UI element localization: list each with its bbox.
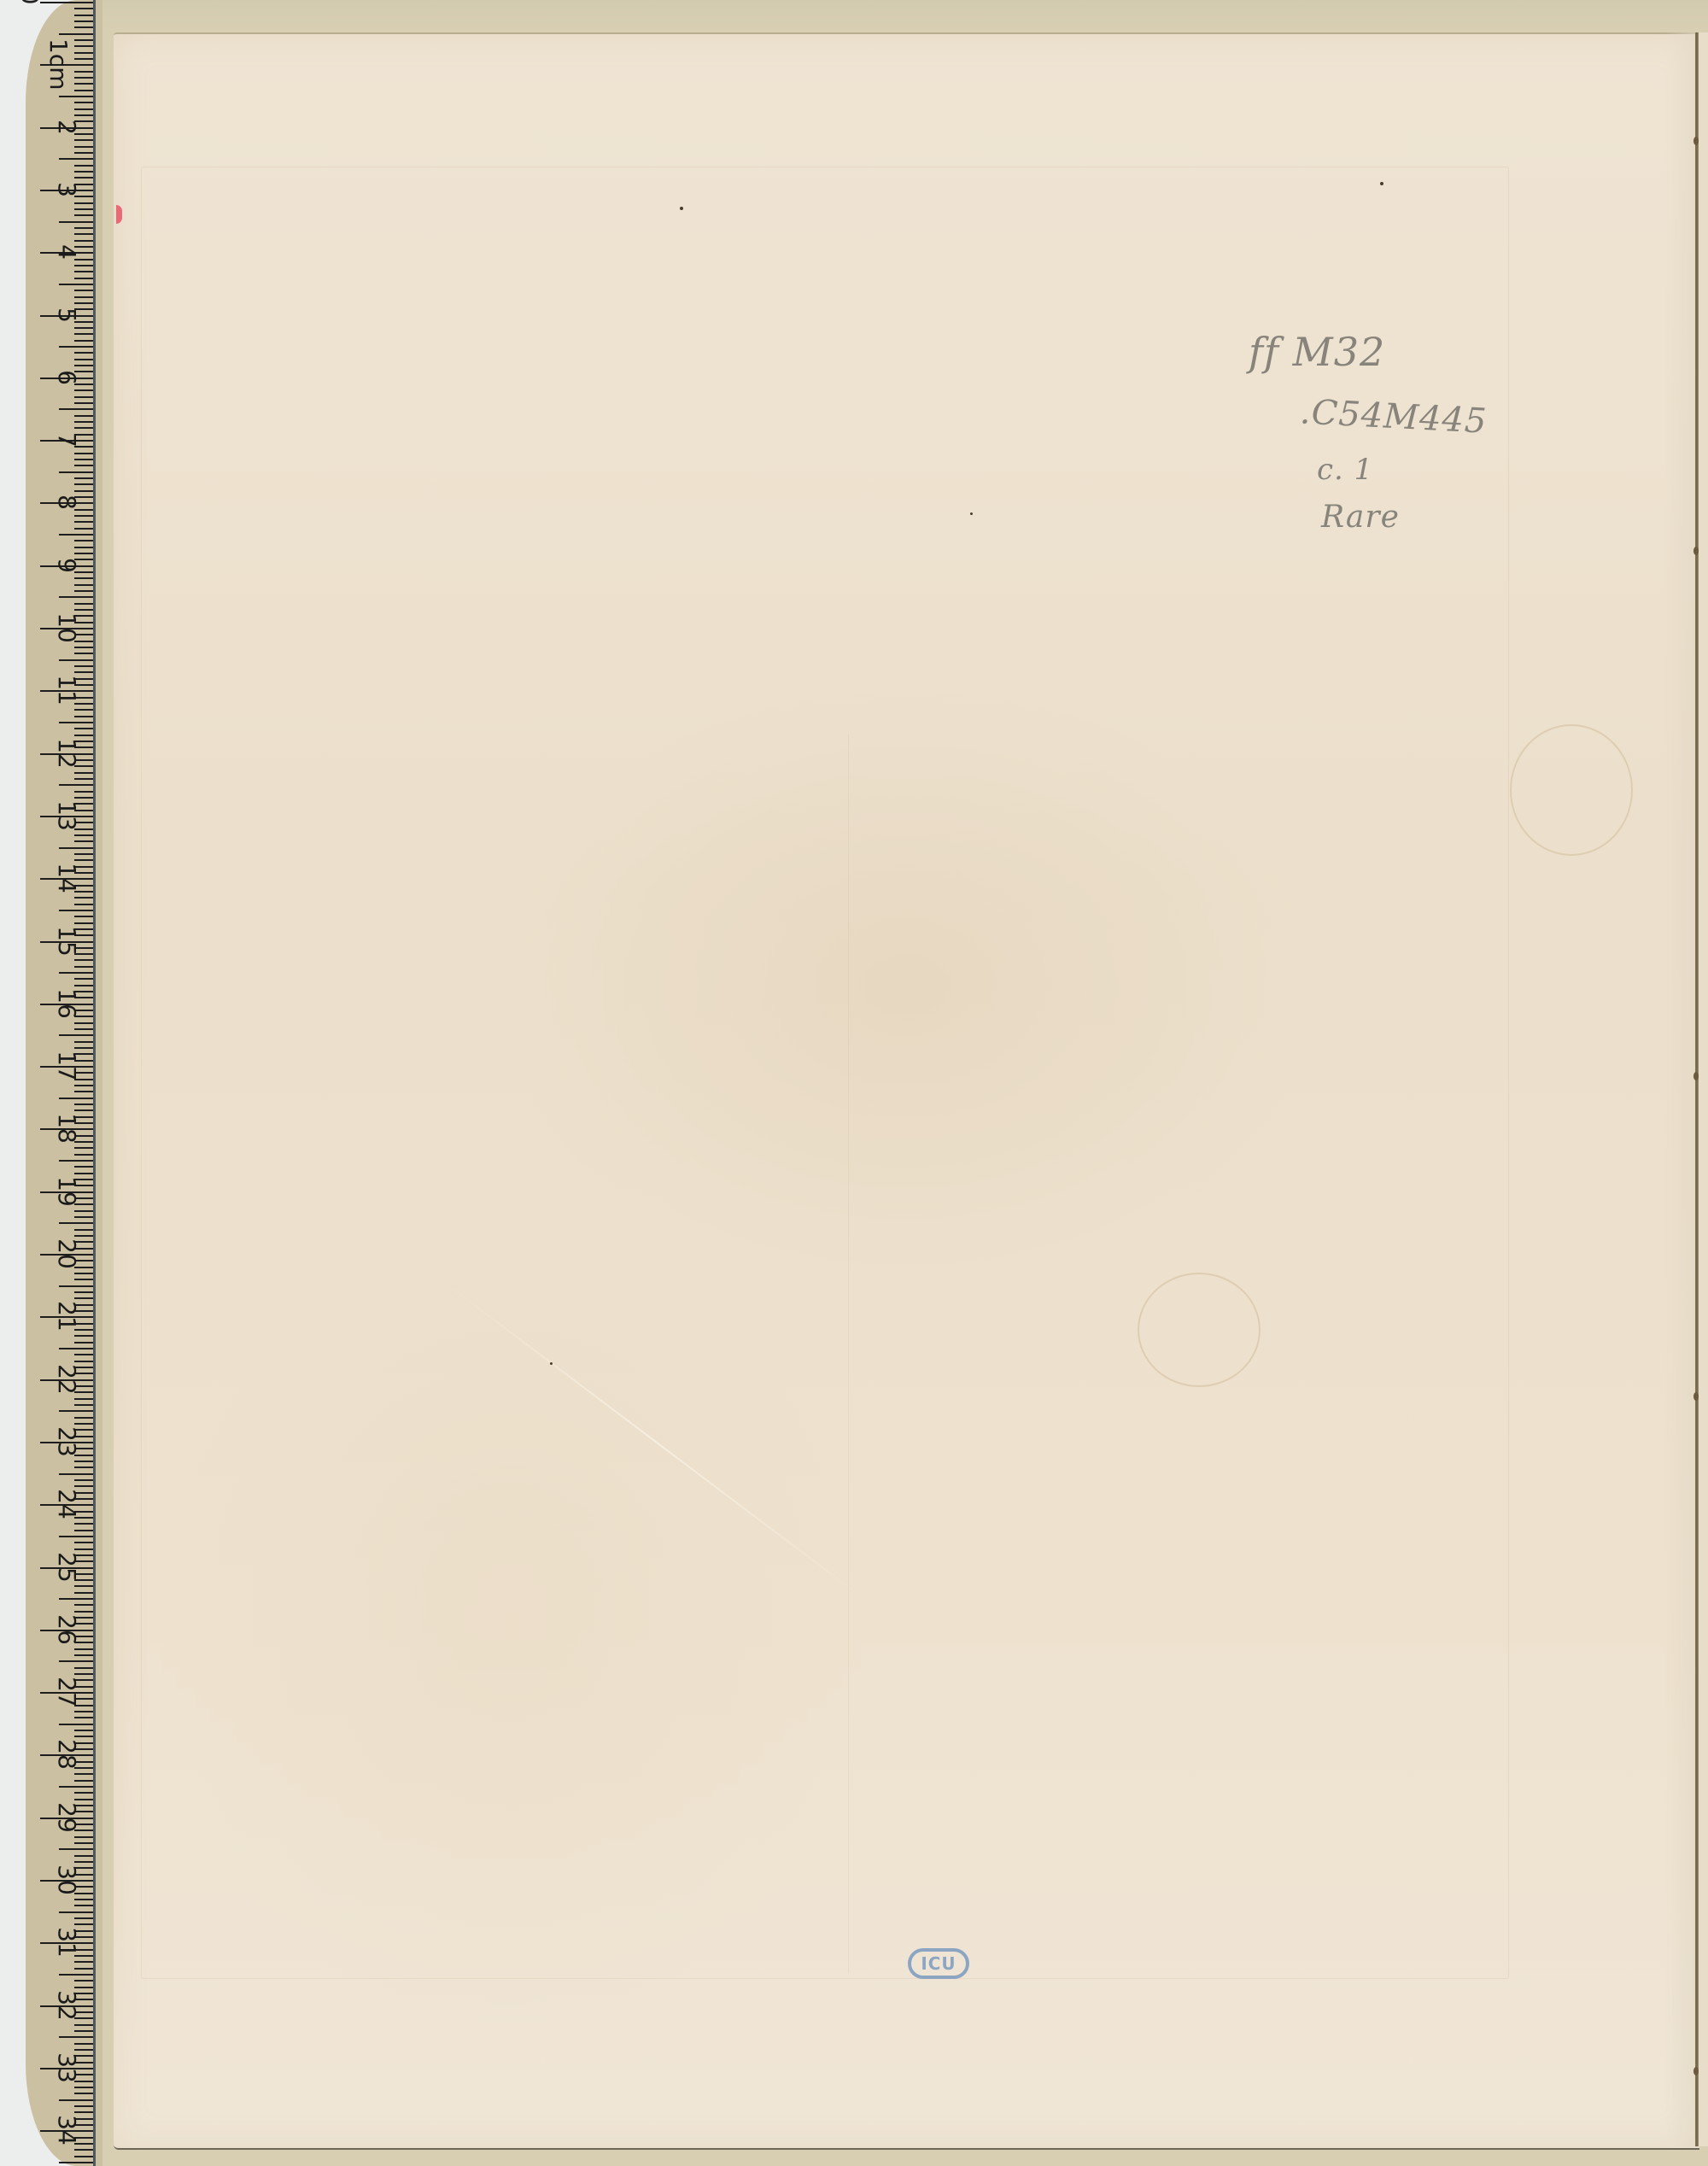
ruler-label: 15: [55, 924, 79, 958]
measurement-ruler: 0 1cm23456789101112131415161718192021222…: [26, 0, 102, 2166]
ruler-label: 21: [55, 1299, 79, 1333]
ruler-tick: [74, 978, 93, 980]
document-page: [114, 32, 1699, 2150]
ruler-tick: [74, 2105, 93, 2107]
ruler-label: 4: [55, 235, 79, 269]
ruler-tick: [74, 20, 93, 22]
ruler-tick: [74, 2030, 93, 2032]
ruler-tick: [74, 1842, 93, 1844]
ruler-tick: [74, 1354, 93, 1355]
ruler-tick: [59, 972, 93, 974]
ruler-tick: [59, 284, 93, 285]
ruler-tick: [74, 465, 93, 466]
ruler-tick: [74, 1417, 93, 1419]
ruler-tick: [59, 910, 93, 911]
ruler-tick: [74, 1523, 93, 1525]
ruler-tick: [74, 1085, 93, 1086]
ruler-tick: [74, 1479, 93, 1481]
ruler-tick: [59, 722, 93, 723]
ruler-tick: [74, 1103, 93, 1105]
ruler-tick: [74, 415, 93, 417]
ruler-tick: [74, 772, 93, 774]
ruler-tick: [59, 1160, 93, 1162]
ruler-tick: [74, 333, 93, 335]
ruler-tick: [74, 102, 93, 103]
ruler-label: 27: [55, 1675, 79, 1709]
ruler-label: 14: [55, 861, 79, 895]
ruler-tick: [74, 396, 93, 398]
water-stain: [1510, 724, 1633, 856]
ruler-tick: [40, 2, 93, 3]
ruler-tick: [74, 1667, 93, 1669]
ruler-tick: [74, 1648, 93, 1650]
ruler-tick: [74, 1717, 93, 1718]
ruler-label: 5: [55, 298, 79, 332]
ruler-tick: [74, 1229, 93, 1231]
ruler-tick: [74, 966, 93, 968]
ruler-tick: [74, 1542, 93, 1543]
paper-speck: [680, 207, 683, 210]
ruler-tick: [74, 1773, 93, 1775]
ruler-tick: [74, 1154, 93, 1156]
ruler-tick: [74, 271, 93, 272]
ruler-tick: [59, 1536, 93, 1537]
ruler-tick: [74, 1342, 93, 1344]
ruler-tick: [74, 1917, 93, 1919]
ruler-label: 17: [55, 1049, 79, 1083]
ruler-label: 18: [55, 1111, 79, 1145]
ruler-tick: [74, 402, 93, 404]
ruler-unit-label: 1cm: [46, 38, 70, 90]
ruler-tick: [74, 340, 93, 342]
ruler-tick: [74, 2024, 93, 2026]
ruler-tick: [74, 58, 93, 60]
ruler-label: 7: [55, 423, 79, 457]
ruler-label: 24: [55, 1487, 79, 1521]
ruler-tick: [74, 1398, 93, 1400]
ruler-tick: [74, 1780, 93, 1782]
ruler-tick: [59, 1848, 93, 1850]
ruler-tick: [74, 1279, 93, 1280]
ruler-tick: [59, 1598, 93, 1600]
ruler-tick: [74, 1216, 93, 1218]
ruler-tick: [74, 39, 93, 41]
ruler-tick: [74, 71, 93, 73]
ruler-tick: [74, 1210, 93, 1212]
ruler-tick: [74, 2156, 93, 2157]
ruler-tick: [74, 8, 93, 9]
ruler-tick: [74, 1530, 93, 1531]
ruler-tick: [74, 1585, 93, 1587]
ruler-tick: [74, 1022, 93, 1024]
ruler-tick: [59, 596, 93, 598]
ruler-label: 16: [55, 986, 79, 1021]
ruler-tick: [74, 45, 93, 47]
ruler-tick: [59, 471, 93, 473]
ruler-tick: [74, 52, 93, 54]
ruler-tick: [74, 477, 93, 479]
ruler-tick: [74, 1792, 93, 1794]
ruler-tick: [74, 716, 93, 717]
ruler-tick: [59, 847, 93, 849]
ruler-tick: [74, 214, 93, 216]
ruler-tick: [59, 96, 93, 97]
ruler-tick: [74, 840, 93, 842]
ruler-tick: [74, 1166, 93, 1168]
ruler-label: 31: [55, 1925, 79, 1959]
binding-flap: [1699, 32, 1708, 2146]
ruler-label: 8: [55, 485, 79, 519]
gutter-shadow: [1665, 32, 1695, 2146]
ruler-label: 32: [55, 1988, 79, 2023]
ruler-tick: [74, 1404, 93, 1406]
ruler-edge: [93, 0, 96, 2166]
ruler-tick: [74, 2087, 93, 2088]
ruler-label: 22: [55, 1362, 79, 1396]
ruler-tick: [74, 897, 93, 899]
ruler-tick: [74, 1905, 93, 1906]
ruler-tick: [74, 959, 93, 961]
ruler-tick: [74, 1961, 93, 1963]
sewing-hole: [1693, 2067, 1699, 2075]
ruler-tick: [74, 665, 93, 667]
ruler-tick: [74, 165, 93, 167]
ruler-label: 11: [55, 673, 79, 707]
ruler-tick: [74, 146, 93, 148]
ruler-tick: [74, 1041, 93, 1043]
ruler-tick: [74, 459, 93, 460]
sewing-hole: [1693, 1392, 1699, 1401]
ruler-tick: [59, 1410, 93, 1412]
ruler-tick: [59, 1911, 93, 1913]
water-stain: [1138, 1273, 1261, 1387]
ruler-tick: [59, 1034, 93, 1036]
ruler-label: 3: [55, 173, 79, 207]
ruler-tick: [59, 1786, 93, 1788]
ruler-tick: [59, 534, 93, 536]
ruler-label: 33: [55, 2051, 79, 2085]
ruler-tick: [74, 1592, 93, 1594]
ruler-tick: [59, 408, 93, 410]
ruler-tick: [74, 26, 93, 28]
ruler-tick: [74, 540, 93, 541]
ruler-tick: [74, 2149, 93, 2151]
ruler-label: 34: [55, 2113, 79, 2147]
ruler-tick: [74, 709, 93, 711]
ruler-tick: [74, 15, 93, 16]
ruler-label: 23: [55, 1425, 79, 1459]
ruler-tick: [59, 1285, 93, 1287]
ruler-tick: [74, 1604, 93, 1606]
call-number-collection: Rare: [1321, 500, 1400, 535]
ruler-label: 25: [55, 1550, 79, 1584]
ruler-tick: [74, 528, 93, 530]
ruler-tick: [59, 1348, 93, 1349]
ruler-label: 28: [55, 1737, 79, 1771]
sewing-hole: [1693, 137, 1699, 145]
ruler-tick: [74, 653, 93, 654]
red-marker-tab: [116, 205, 122, 224]
ruler-tick: [74, 1899, 93, 1900]
ruler-tick: [74, 904, 93, 905]
ruler-tick: [74, 1466, 93, 1468]
ruler-tick: [74, 2043, 93, 2045]
ruler-tick: [74, 208, 93, 210]
bleed-through-center-line: [848, 735, 849, 1973]
ruler-tick: [59, 1098, 93, 1099]
ruler-tick: [74, 1461, 93, 1462]
call-number-copy: c. 1: [1317, 453, 1373, 487]
ruler-label: 19: [55, 1174, 79, 1209]
ruler-tick: [74, 352, 93, 354]
ruler-tick: [59, 2162, 93, 2163]
ruler-tick: [74, 1654, 93, 1656]
ruler-tick: [74, 278, 93, 279]
ruler-tick: [74, 778, 93, 780]
ruler-tick: [59, 33, 93, 35]
sewing-hole: [1693, 1072, 1699, 1080]
library-stamp: ICU: [908, 1948, 969, 1979]
ruler-tick: [74, 152, 93, 154]
ruler-tick: [74, 227, 93, 229]
ruler-tick: [74, 791, 93, 793]
ruler-tick: [74, 853, 93, 855]
ruler-tick: [59, 1473, 93, 1475]
ruler-tick: [74, 1335, 93, 1337]
ruler-label: 10: [55, 611, 79, 645]
ruler-tick: [74, 2093, 93, 2094]
ruler-tick: [74, 83, 93, 85]
ruler-tick: [59, 1222, 93, 1224]
ruler-tick: [59, 158, 93, 160]
ruler-tick: [74, 916, 93, 917]
ruler-tick: [74, 834, 93, 836]
ruler-tick: [59, 1660, 93, 1662]
ruler-tick: [74, 1968, 93, 1970]
ruler-tick: [74, 1730, 93, 1731]
ruler-tick: [74, 1091, 93, 1092]
ruler-tick: [74, 1980, 93, 1982]
ruler-tick: [74, 77, 93, 79]
ruler-tick: [74, 1147, 93, 1149]
ruler-tick: [74, 603, 93, 605]
sewing-hole: [1693, 547, 1699, 555]
ruler-label: 12: [55, 736, 79, 770]
ruler-tick: [59, 2099, 93, 2101]
ruler-label: 20: [55, 1237, 79, 1271]
ruler-tick: [74, 584, 93, 586]
ruler-tick: [59, 2036, 93, 2038]
backing-top-edge: [96, 0, 1708, 32]
ruler-tick: [74, 728, 93, 729]
ruler-tick: [74, 290, 93, 291]
ruler-label: 26: [55, 1613, 79, 1647]
ruler-tick: [74, 90, 93, 91]
ruler-tick: [59, 784, 93, 786]
call-number-class: ff M32: [1249, 329, 1385, 375]
ruler-label: 9: [55, 548, 79, 582]
ruler-tick: [59, 346, 93, 348]
ruler-tick: [74, 1711, 93, 1712]
ruler-tick: [74, 647, 93, 648]
ruler-tick: [74, 1273, 93, 1274]
paper-speck: [550, 1362, 553, 1365]
ruler-tick: [74, 1836, 93, 1838]
ruler-label: 2: [55, 110, 79, 144]
ruler-label: 13: [55, 799, 79, 833]
ruler-tick: [74, 1291, 93, 1293]
ruler-tick: [74, 1855, 93, 1857]
paper-speck: [970, 512, 973, 515]
ruler-label: 30: [55, 1863, 79, 1897]
ruler-label: 29: [55, 1800, 79, 1835]
ruler-tick: [74, 521, 93, 523]
ruler-tick: [59, 659, 93, 661]
ruler-tick: [59, 1724, 93, 1725]
ruler-tick: [59, 1974, 93, 1976]
ruler-tick: [74, 1028, 93, 1030]
ruler-tick: [74, 590, 93, 592]
ruler-label: 6: [55, 360, 79, 395]
paper-speck: [1380, 182, 1383, 185]
library-stamp-text: ICU: [921, 1953, 956, 1974]
ruler-tick: [59, 221, 93, 223]
